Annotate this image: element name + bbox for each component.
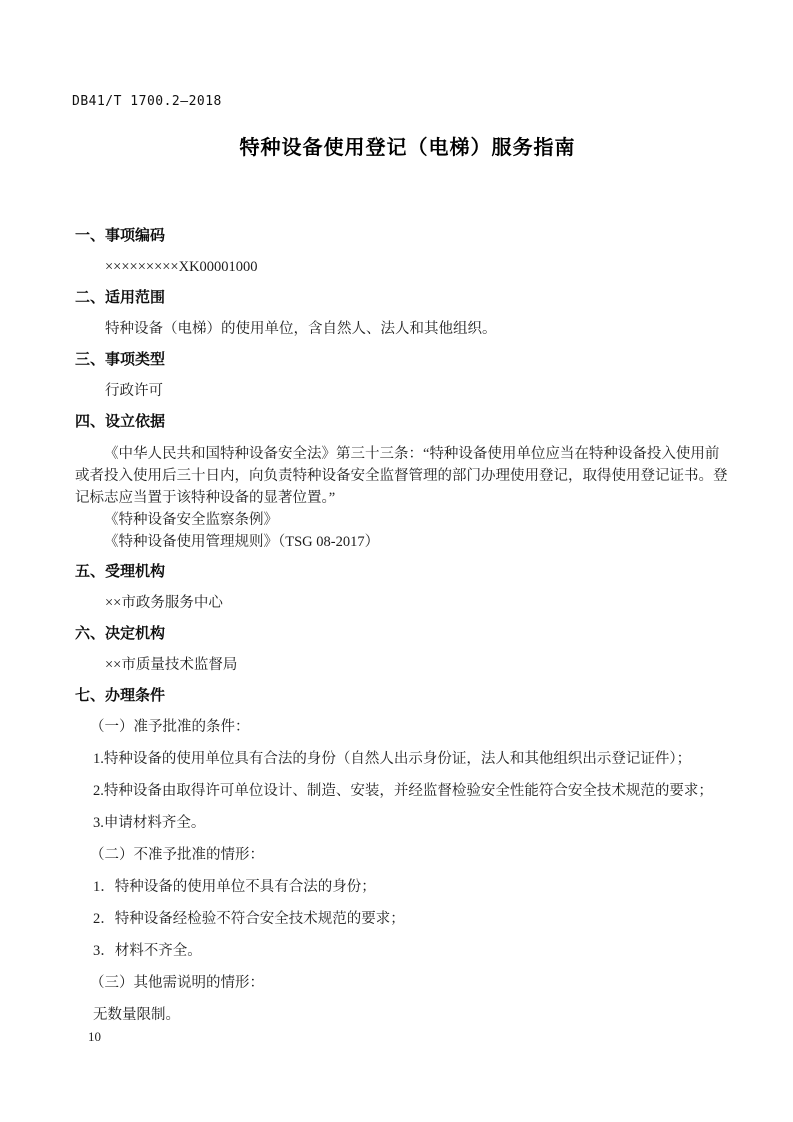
legal-basis-paragraph-line: 记标志应当置于该特种设备的显著位置。” xyxy=(75,487,740,509)
section-deciding-agency: 六、决定机构 ××市质量技术监督局 xyxy=(75,624,740,675)
list-item: 1．特种设备的使用单位不具有合法的身份； xyxy=(75,877,740,897)
list-item: （三）其他需说明的情形： xyxy=(75,973,740,993)
section-body-line: 特种设备（电梯）的使用单位，含自然人、法人和其他组织。 xyxy=(75,319,740,339)
standard-code: DB41/T 1700.2—2018 xyxy=(72,0,740,110)
legal-basis-paragraph-line: 《中华人民共和国特种设备安全法》第三十三条：“特种设备使用单位应当在特种设备投入… xyxy=(75,443,740,465)
legal-basis-paragraph-line: 或者投入使用后三十日内，向负责特种设备安全监督管理的部门办理使用登记，取得使用登… xyxy=(75,465,740,487)
section-accepting-agency: 五、受理机构 ××市政务服务中心 xyxy=(75,562,740,613)
document-content: DB41/T 1700.2—2018 特种设备使用登记（电梯）服务指南 一、事项… xyxy=(0,0,793,1025)
section-item-code: 一、事项编码 ×××××××××XK00001000 xyxy=(75,226,740,277)
list-item: 2.特种设备由取得许可单位设计、制造、安装，并经监督检验安全性能符合安全技术规范… xyxy=(75,781,740,801)
document-page: DB41/T 1700.2—2018 特种设备使用登记（电梯）服务指南 一、事项… xyxy=(0,0,793,1122)
list-item: （一）准予批准的条件： xyxy=(75,717,740,737)
section-item-type: 三、事项类型 行政许可 xyxy=(75,350,740,401)
document-title: 特种设备使用登记（电梯）服务指南 xyxy=(75,134,740,162)
list-item: （二）不准予批准的情形： xyxy=(75,845,740,865)
section-heading: 七、办理条件 xyxy=(75,686,740,706)
list-item: 无数量限制。 xyxy=(75,1005,740,1025)
section-body-line: ××市质量技术监督局 xyxy=(75,655,740,675)
section-body-line: ×××××××××XK00001000 xyxy=(75,257,740,277)
list-item: 1.特种设备的使用单位具有合法的身份（自然人出示身份证，法人和其他组织出示登记证… xyxy=(75,749,740,769)
section-body-line: 行政许可 xyxy=(75,381,740,401)
legal-reference: 《特种设备使用管理规则》（TSG 08-2017） xyxy=(75,531,740,553)
section-heading: 六、决定机构 xyxy=(75,624,740,644)
section-scope: 二、适用范围 特种设备（电梯）的使用单位，含自然人、法人和其他组织。 xyxy=(75,288,740,339)
list-item: 3．材料不齐全。 xyxy=(75,941,740,961)
section-heading: 四、设立依据 xyxy=(75,412,740,432)
legal-reference: 《特种设备安全监察条例》 xyxy=(75,509,740,531)
section-heading: 一、事项编码 xyxy=(75,226,740,246)
section-heading: 三、事项类型 xyxy=(75,350,740,370)
section-legal-basis: 四、设立依据 《中华人民共和国特种设备安全法》第三十三条：“特种设备使用单位应当… xyxy=(75,412,740,553)
section-body-line: ××市政务服务中心 xyxy=(75,593,740,613)
section-handling-conditions: 七、办理条件 （一）准予批准的条件： 1.特种设备的使用单位具有合法的身份（自然… xyxy=(75,686,740,1025)
section-heading: 二、适用范围 xyxy=(75,288,740,308)
list-item: 3.申请材料齐全。 xyxy=(75,813,740,833)
page-number: 10 xyxy=(88,1029,101,1045)
list-item: 2．特种设备经检验不符合安全技术规范的要求； xyxy=(75,909,740,929)
section-heading: 五、受理机构 xyxy=(75,562,740,582)
